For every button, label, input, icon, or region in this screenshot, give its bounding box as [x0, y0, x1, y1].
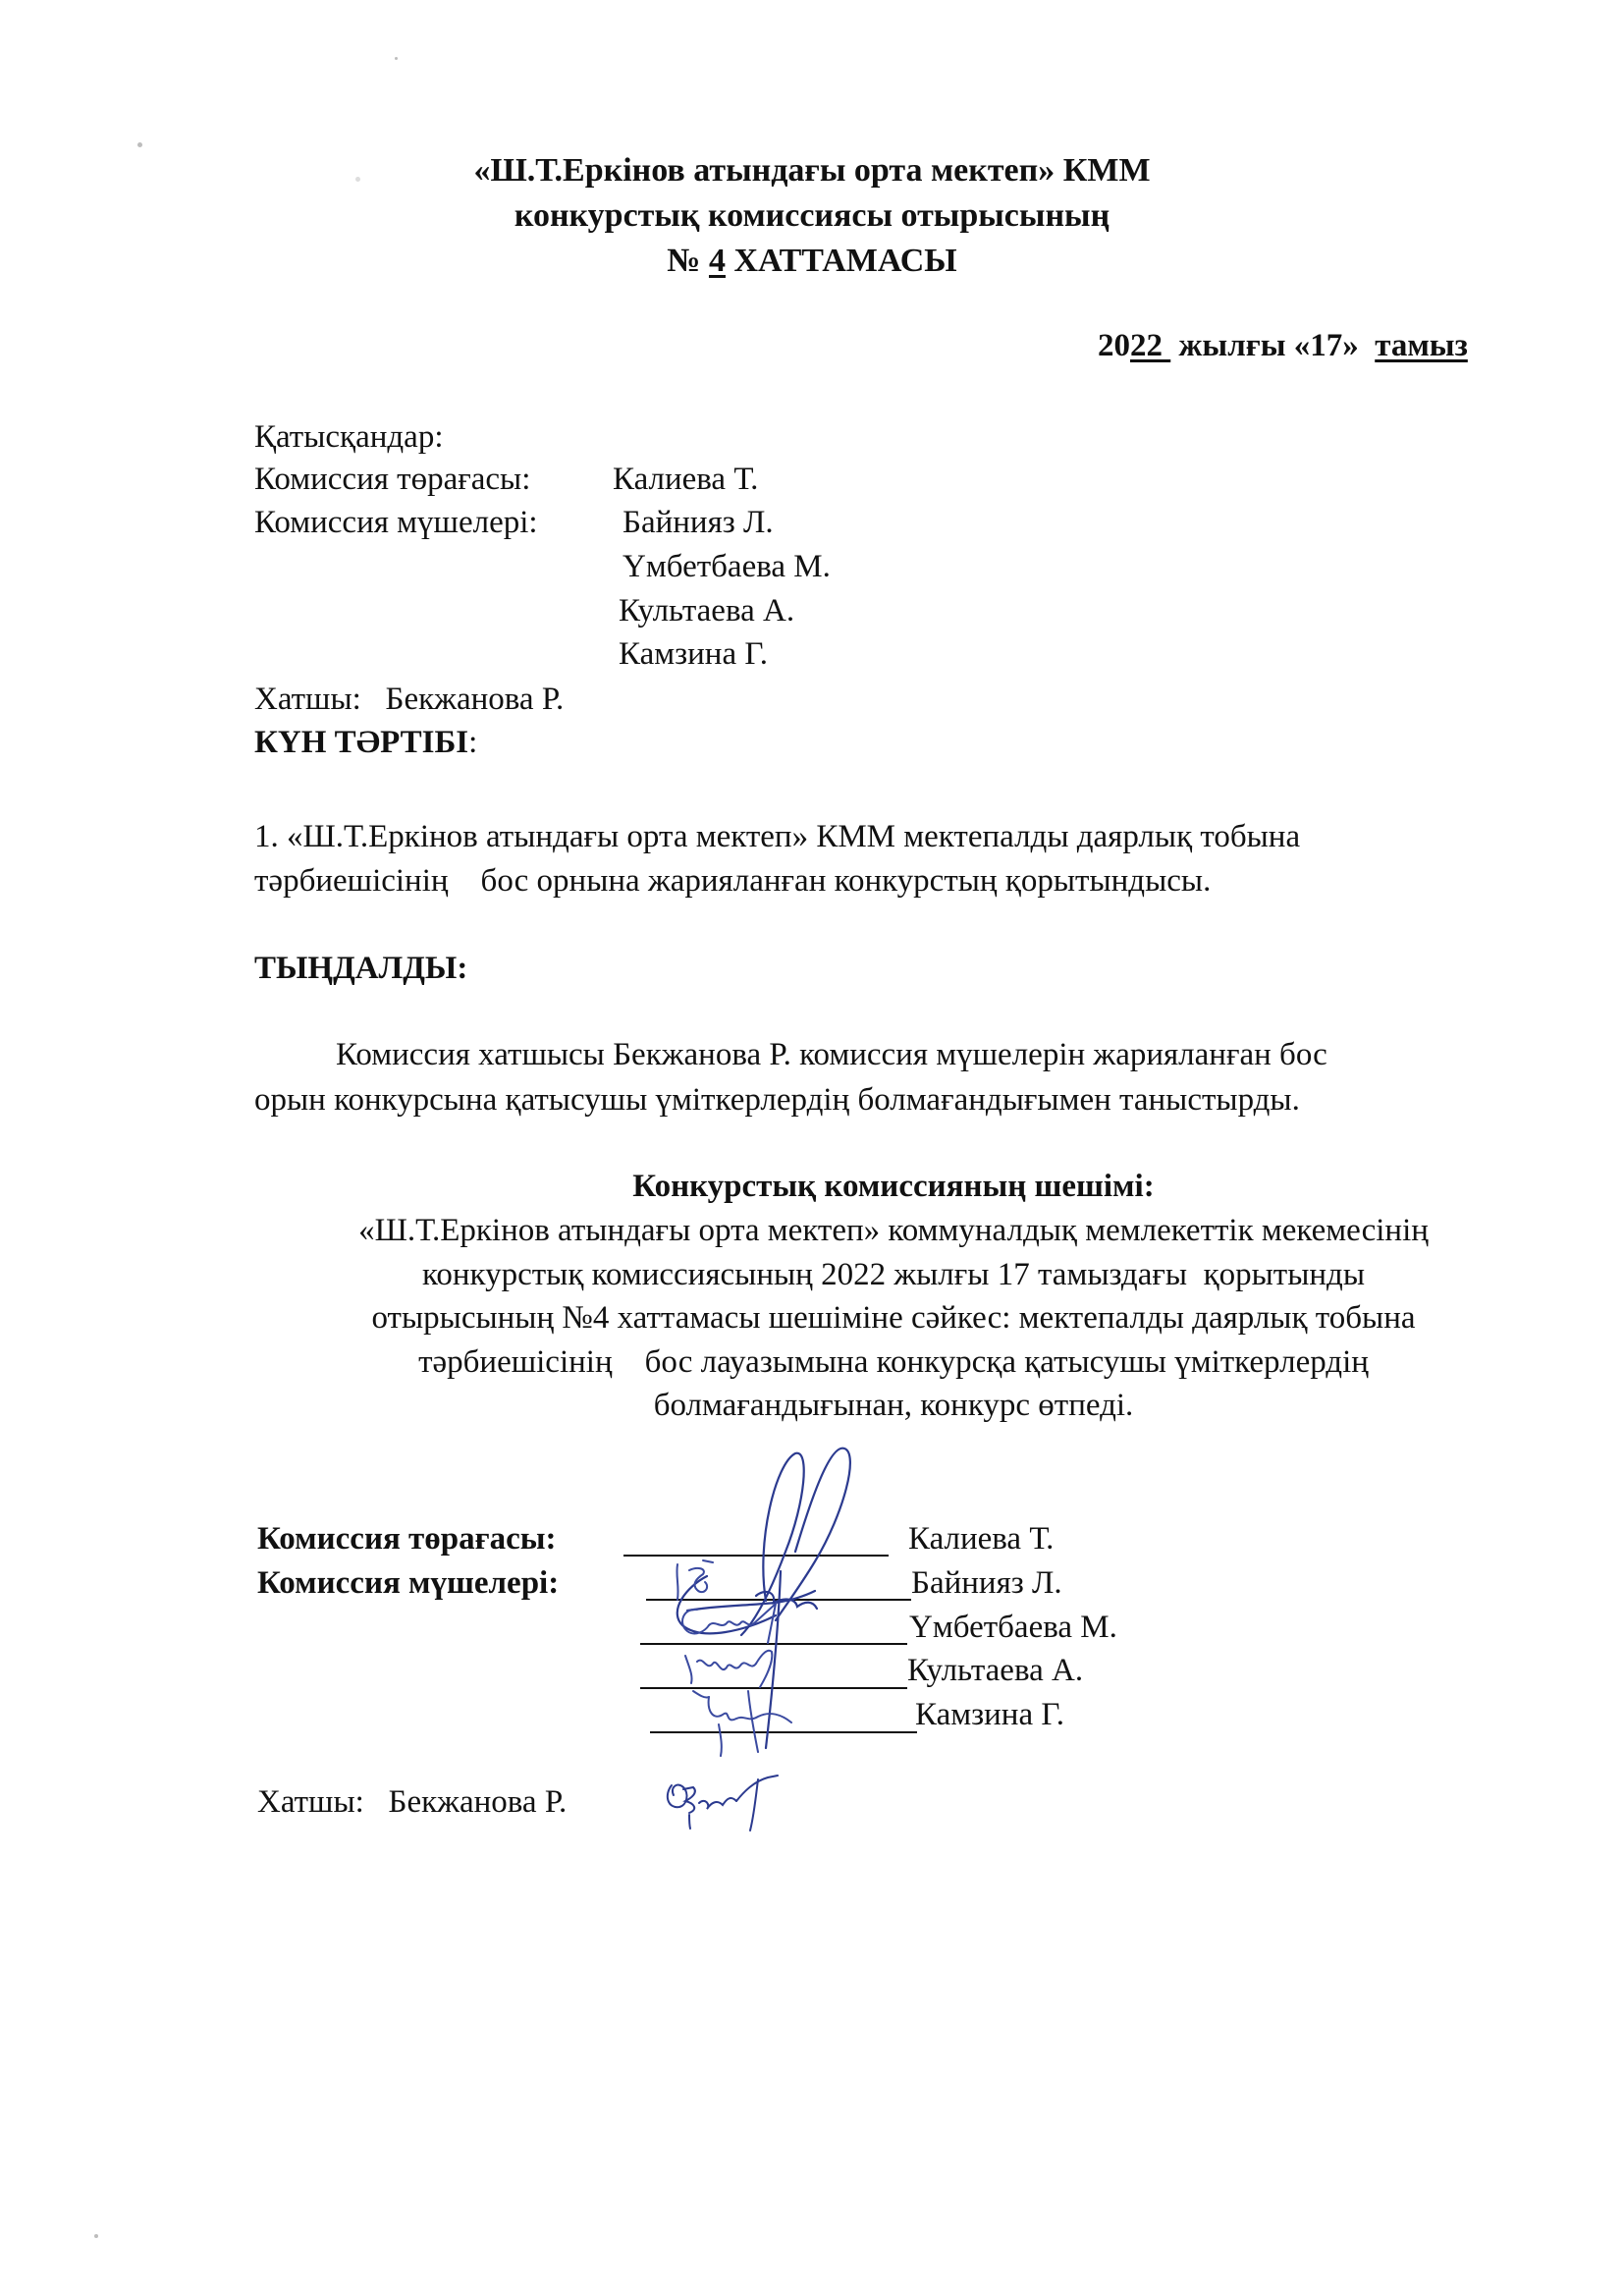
signature-member-name: Байнияз Л.	[911, 1561, 1062, 1605]
participants-secretary: Хатшы: Бекжанова Р.	[254, 678, 564, 721]
decision-line: «Ш.Т.Еркінов атындағы орта мектеп» комму…	[236, 1209, 1551, 1253]
participants-member: Байнияз Л.	[623, 501, 774, 544]
participants-member: Культаева А.	[619, 589, 794, 632]
date-year-b: 22	[1130, 328, 1163, 363]
agenda-heading: КҮН ТӘРТІБІ:	[254, 721, 477, 764]
signature-secretary-label: Хатшы:	[257, 1784, 364, 1820]
signature-member-name: Культаева А.	[907, 1649, 1083, 1692]
decision-line: болмағандығынан, конкурс өтпеді.	[236, 1384, 1551, 1428]
decision-line: тәрбиешісінің бос лауазымына конкурсқа қ…	[236, 1340, 1551, 1385]
signature-members-label: Комиссия мүшелері:	[257, 1561, 559, 1605]
decision-line: конкурстық комиссиясының 2022 жылғы 17 т…	[236, 1253, 1551, 1297]
heard-heading: ТЫҢДАЛДЫ:	[254, 947, 467, 990]
date-month: тамыз	[1375, 328, 1468, 363]
participants-members-label: Комиссия мүшелері:	[254, 501, 538, 544]
signature-secretary: Хатшы: Бекжанова Р.	[257, 1780, 567, 1824]
participants-member: Камзина Г.	[619, 632, 768, 676]
signature-member-name: Камзина Г.	[915, 1693, 1064, 1736]
participants-chair-name: Калиева Т.	[613, 458, 758, 501]
document-page: «Ш.Т.Еркінов атындағы орта мектеп» КММ к…	[0, 0, 1624, 2296]
signature-chair-name: Калиева Т.	[908, 1517, 1054, 1560]
date-middle: жылғы «17»	[1170, 328, 1367, 363]
document-date: 2022 жылғы «17» тамыз	[1098, 328, 1468, 364]
decision-heading: Конкурстық комиссияның шешімі:	[236, 1165, 1551, 1209]
signature-chair-label: Комиссия төрағасы:	[257, 1517, 557, 1560]
protocol-number: 4	[709, 243, 726, 279]
handwritten-signature-secretary	[660, 1766, 797, 1844]
agenda-item-line-2: тәрбиешісінің бос орнына жарияланған кон…	[254, 859, 1211, 902]
protocol-number-prefix: №	[667, 243, 709, 279]
scan-speck	[395, 57, 398, 60]
date-year-a: 20	[1098, 328, 1130, 363]
handwritten-signature-member-4	[679, 1681, 807, 1760]
agenda-heading-text: КҮН ТӘРТІБІ	[254, 725, 468, 760]
participants-chair-label: Комиссия төрағасы:	[254, 458, 530, 501]
participants-secretary-label: Хатшы:	[254, 682, 361, 717]
document-title-line-3: № 4 ХАТТАМАСЫ	[0, 241, 1624, 282]
date-year-underline-space	[1163, 328, 1170, 363]
participants-heading: Қатысқандар:	[254, 415, 444, 459]
protocol-title: ХАТТАМАСЫ	[726, 243, 957, 279]
document-title-line-2: конкурстық комиссиясы отырысының	[0, 195, 1624, 237]
signature-member-name: Үмбетбаева М.	[909, 1606, 1117, 1649]
heard-line-2: орын конкурсына қатысушы үміткерлердің б…	[254, 1078, 1300, 1121]
decision-line: отырысының №4 хаттамасы шешіміне сәйкес:…	[236, 1296, 1551, 1340]
participants-secretary-name: Бекжанова Р.	[386, 682, 565, 717]
scan-speck	[94, 2234, 98, 2238]
document-title-line-1: «Ш.Т.Еркінов атындағы орта мектеп» КММ	[0, 150, 1624, 191]
participants-member: Үмбетбаева М.	[623, 545, 831, 588]
agenda-heading-colon: :	[468, 725, 477, 760]
heard-line-1: Комиссия хатшысы Бекжанова Р. комиссия м…	[336, 1033, 1327, 1076]
signature-secretary-name: Бекжанова Р.	[389, 1784, 568, 1820]
agenda-item-line-1: 1. «Ш.Т.Еркінов атындағы орта мектеп» КМ…	[254, 815, 1300, 858]
scan-speck	[137, 142, 142, 147]
